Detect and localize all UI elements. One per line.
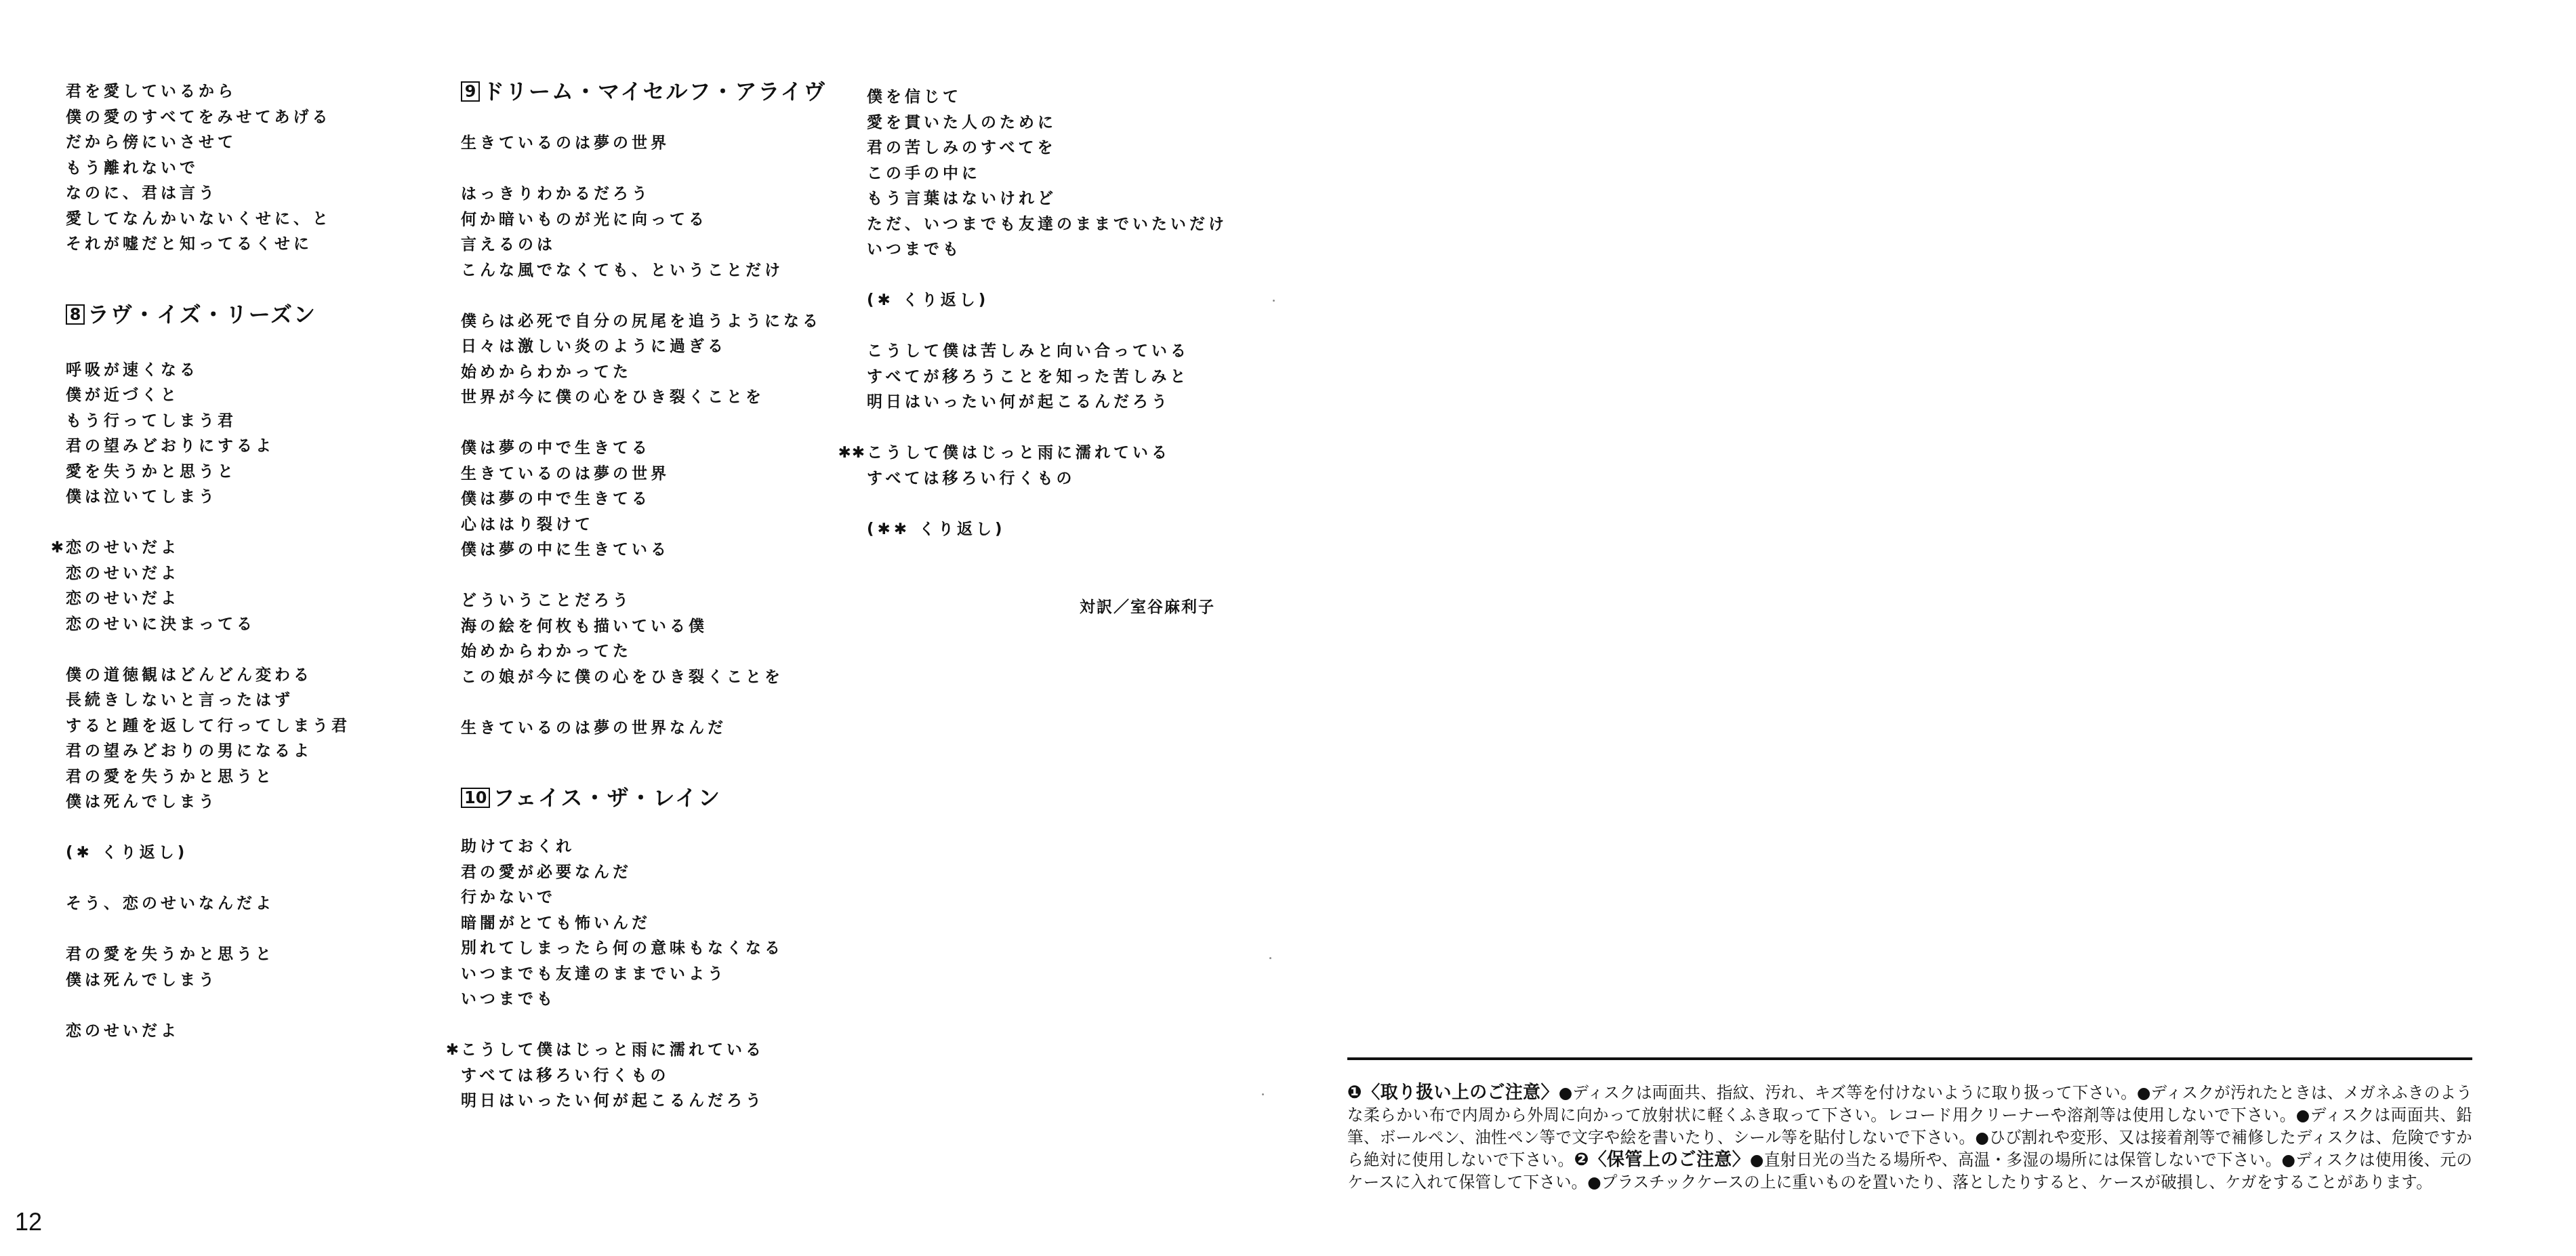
lyrics-column-3: 僕を信じて 愛を貫いた人のために 君の苦しみのすべてを この手の中に もう言葉は…	[867, 85, 1246, 542]
lyric-line: 生きているのは夢の世界	[461, 131, 840, 157]
lyric-line: 君の愛を失うかと思うと	[66, 765, 418, 790]
section-1-heading: 〈取り扱い上のご注意〉	[1362, 1082, 1558, 1103]
lyric-line: すると踵を返して行ってしまう君	[66, 714, 418, 740]
song8-verse1: 呼吸が速くなる 僕が近づくと もう行ってしまう君 君の望みどおりにするよ 愛を失…	[66, 358, 418, 510]
track-number-box: 10	[461, 788, 490, 808]
song9-verse2: 僕らは必死で自分の尻尾を追うようになる 日々は激しい炎のように過ぎる 始めからわ…	[461, 309, 840, 411]
lyric-line: もう行ってしまう君	[66, 409, 418, 434]
lyric-line: 恋のせいだよ	[66, 561, 418, 587]
lyric-line: いつまでも	[461, 987, 840, 1013]
lyric-line: 僕が近づくと	[66, 383, 418, 409]
lyric-line: 愛を貫いた人のために	[867, 110, 1246, 136]
song-title-10: 10 フェイス・ザ・レイン	[461, 783, 840, 813]
track-number-box: 9	[461, 81, 480, 102]
lyric-line: 生きているのは夢の世界なんだ	[461, 716, 840, 742]
lyric-line: それが嘘だと知ってるくせに	[66, 232, 418, 258]
lyric-line: ただ、いつまでも友達のままでいたいだけ	[867, 212, 1246, 238]
chorus-asterisk-marker: ✱	[446, 1038, 459, 1063]
lyric-line: この娘が今に僕の心をひき裂くことを	[461, 665, 840, 691]
lyric-line: 明日はいったい何が起こるんだろう	[867, 390, 1246, 416]
lyric-line: 何か暗いものが光に向ってる	[461, 207, 840, 233]
repeat-instruction: (✱ くり返し)	[66, 840, 418, 866]
lyric-line: 君を愛しているから	[66, 79, 418, 105]
lyric-line: 君の望みどおりにするよ	[66, 434, 418, 460]
lyric-line: どういうことだろう	[461, 588, 840, 614]
lyric-line: 恋のせいだよ	[66, 586, 418, 612]
lyric-line: 暗闇がとても怖いんだ	[461, 911, 840, 937]
lyric-line: ✱ 恋のせいだよ	[66, 535, 418, 561]
scan-speck	[1262, 1093, 1264, 1095]
lyric-line: 僕は泣いてしまう	[66, 485, 418, 510]
lyrics-column-1: 君を愛しているから 僕の愛のすべてをみせてあげる だから傍にいさせて もう離れな…	[66, 79, 418, 1044]
page-number: 12	[15, 1208, 42, 1236]
lyric-line: 僕らは必死で自分の尻尾を追うようになる	[461, 309, 840, 335]
song10-verse1: 助けておくれ 君の愛が必要なんだ 行かないで 暗闇がとても怖いんだ 別れてしまっ…	[461, 834, 840, 1013]
lyric-line: ✱✱ こうして僕はじっと雨に濡れている	[867, 441, 1246, 466]
lyric-line: 君の苦しみのすべてを	[867, 136, 1246, 161]
section-2-heading: 〈保管上のご注意〉	[1589, 1150, 1750, 1170]
lyric-line: なのに、君は言う	[66, 181, 418, 207]
lyric-line: 長続きしないと言ったはず	[66, 688, 418, 714]
lyric-line: すべてが移ろうことを知った苦しみと	[867, 365, 1246, 390]
song9-chorus: 僕は夢の中で生きてる 生きているのは夢の世界 僕は夢の中で生きてる 心ははり裂け…	[461, 436, 840, 563]
lyric-line: こうして僕は苦しみと向い合っている	[867, 339, 1246, 365]
lyric-line: 世界が今に僕の心をひき裂くことを	[461, 385, 840, 411]
lyric-line: すべては移ろい行くもの	[867, 466, 1246, 492]
song-title-text: ラヴ・イズ・リーズン	[87, 300, 316, 329]
song-title-text: ドリーム・マイセルフ・アライヴ	[483, 77, 826, 106]
lyric-line: 君の望みどおりの男になるよ	[66, 739, 418, 765]
lyric-line: もう言葉はないけれど	[867, 186, 1246, 212]
scan-speck	[1269, 957, 1271, 959]
song9-verse1: はっきりわかるだろう 何か暗いものが光に向ってる 言えるのは こんな風でなくても…	[461, 182, 840, 283]
lyric-line: この手の中に	[867, 161, 1246, 187]
chorus-asterisk-marker: ✱	[51, 535, 64, 561]
lyric-line: 僕は死んでしまう	[66, 968, 418, 994]
lyric-line: こんな風でなくても、ということだけ	[461, 258, 840, 284]
lyric-line: はっきりわかるだろう	[461, 182, 840, 207]
repeat-instruction: (✱✱ くり返し)	[867, 517, 1246, 543]
lyric-line: いつまでも	[867, 237, 1246, 263]
intro-lyrics: 君を愛しているから 僕の愛のすべてをみせてあげる だから傍にいさせて もう離れな…	[66, 79, 418, 258]
lyric-line: 僕の道徳観はどんどん変わる	[66, 663, 418, 689]
lyric-line: 助けておくれ	[461, 834, 840, 860]
repeat-instruction: (✱ くり返し)	[867, 288, 1246, 314]
song10-chorus2: ✱✱ こうして僕はじっと雨に濡れている すべては移ろい行くもの	[867, 441, 1246, 491]
lyric-line: 君の愛が必要なんだ	[461, 860, 840, 886]
lyric-text: 恋のせいだよ	[66, 539, 180, 556]
lyric-line: 君の愛を失うかと思うと	[66, 942, 418, 968]
section-2-number-icon: ❷	[1574, 1150, 1589, 1170]
song10-chorus: ✱ こうして僕はじっと雨に濡れている すべては移ろい行くもの 明日はいったい何が…	[461, 1038, 840, 1114]
lyric-line: 言えるのは	[461, 232, 840, 258]
lyric-line: 心ははり裂けて	[461, 512, 840, 538]
song8-chorus: ✱ 恋のせいだよ 恋のせいだよ 恋のせいだよ 恋のせいに決まってる	[66, 535, 418, 637]
lyric-line: 僕は夢の中で生きてる	[461, 436, 840, 462]
lyric-line: 始めからわかってた	[461, 360, 840, 386]
lyric-line: 恋のせいだよ	[66, 1019, 418, 1045]
lyric-line: 僕は夢の中に生きている	[461, 538, 840, 563]
song-title-8: 8 ラヴ・イズ・リーズン	[66, 300, 418, 329]
notice-text: ❶〈取り扱い上のご注意〉●ディスクは両面共、指紋、汚れ、キズ等を付けないように取…	[1347, 1082, 2472, 1194]
lyric-line: すべては移ろい行くもの	[461, 1063, 840, 1089]
notice-divider	[1347, 1057, 2472, 1060]
double-asterisk-marker: ✱✱	[838, 441, 865, 466]
section-1-number-icon: ❶	[1347, 1082, 1362, 1103]
lyric-line: 僕の愛のすべてをみせてあげる	[66, 105, 418, 131]
lyric-line: いつまでも友達のままでいよう	[461, 962, 840, 988]
lyric-line: 行かないで	[461, 885, 840, 911]
lyric-line: 生きているのは夢の世界	[461, 462, 840, 487]
lyric-line: 日々は激しい炎のように過ぎる	[461, 334, 840, 360]
song9-verse3: どういうことだろう 海の絵を何枚も描いている僕 始めからわかってた この娘が今に…	[461, 588, 840, 690]
lyrics-column-2: 9 ドリーム・マイセルフ・アライヴ 生きているのは夢の世界 はっきりわかるだろう…	[461, 77, 840, 1114]
song-title-9: 9 ドリーム・マイセルフ・アライヴ	[461, 77, 840, 106]
lyric-line: 僕は死んでしまう	[66, 790, 418, 815]
scan-speck	[1273, 300, 1275, 302]
song10-verse2: 僕を信じて 愛を貫いた人のために 君の苦しみのすべてを この手の中に もう言葉は…	[867, 85, 1246, 263]
lyric-line: 呼吸が速くなる	[66, 358, 418, 384]
lyric-line: もう離れないで	[66, 156, 418, 182]
disc-care-notice: ❶〈取り扱い上のご注意〉●ディスクは両面共、指紋、汚れ、キズ等を付けないように取…	[1347, 1057, 2472, 1194]
lyric-line: 僕は夢の中で生きてる	[461, 487, 840, 512]
lyric-line: 恋のせいに決まってる	[66, 612, 418, 638]
lyric-line: ✱ こうして僕はじっと雨に濡れている	[461, 1038, 840, 1063]
lyric-text: こうして僕はじっと雨に濡れている	[867, 444, 1170, 462]
lyric-line: 愛を失うかと思うと	[66, 460, 418, 485]
lyric-line: 海の絵を何枚も描いている僕	[461, 614, 840, 640]
lyric-text: こうして僕はじっと雨に濡れている	[461, 1041, 764, 1059]
song10-verse3: こうして僕は苦しみと向い合っている すべてが移ろうことを知った苦しみと 明日はい…	[867, 339, 1246, 416]
lyric-line: だから傍にいさせて	[66, 130, 418, 156]
song-title-text: フェイス・ザ・レイン	[493, 783, 720, 813]
lyric-line: そう、恋のせいなんだよ	[66, 891, 418, 917]
lyric-line: 愛してなんかいないくせに、と	[66, 207, 418, 232]
song8-verse2: 僕の道徳観はどんどん変わる 長続きしないと言ったはず すると踵を返して行ってしま…	[66, 663, 418, 815]
lyric-line: 明日はいったい何が起こるんだろう	[461, 1089, 840, 1114]
translation-credit: 対訳／室谷麻利子	[1080, 594, 1215, 617]
lyric-line: 始めからわかってた	[461, 639, 840, 665]
lyric-line: 別れてしまったら何の意味もなくなる	[461, 936, 840, 962]
track-number-box: 8	[66, 304, 85, 325]
lyric-line: 僕を信じて	[867, 85, 1246, 110]
